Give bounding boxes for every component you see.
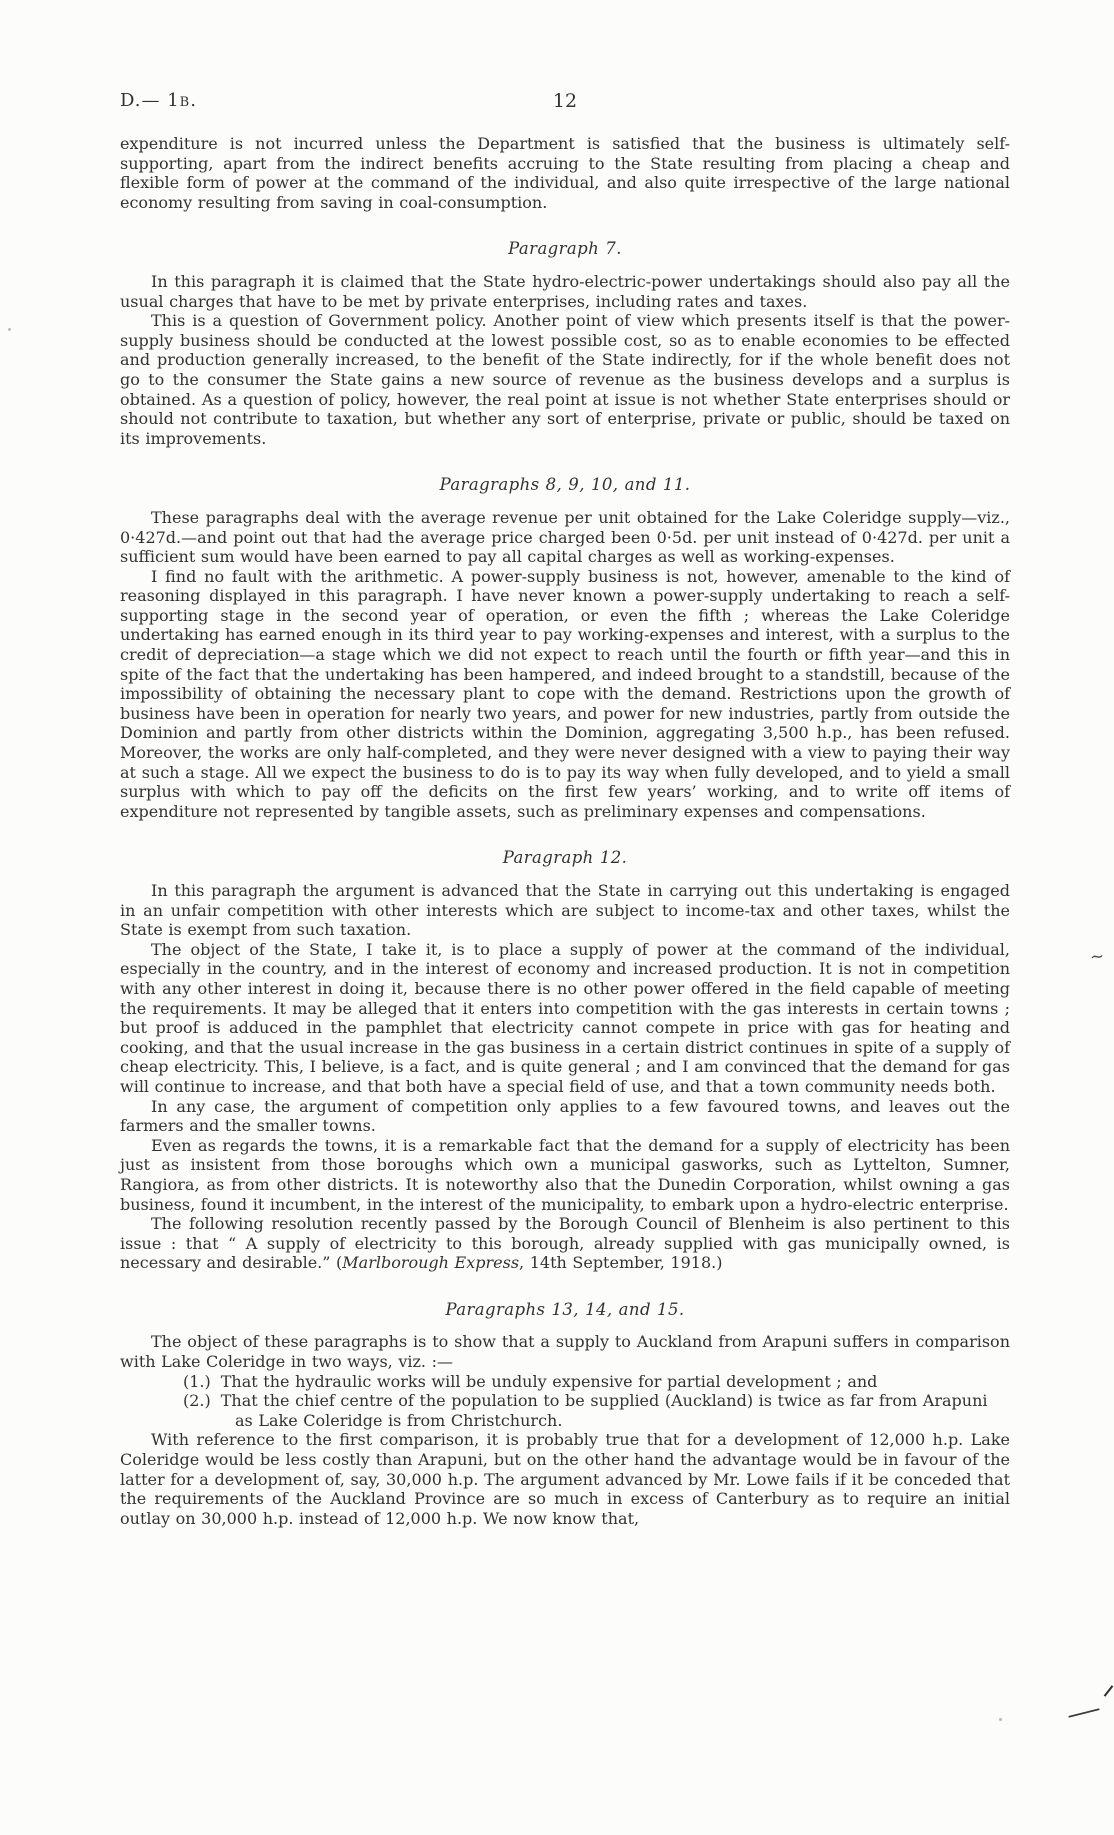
list-item-label: (2.)	[183, 1391, 221, 1410]
edge-pen-mark	[1104, 1685, 1114, 1696]
paragraph-blenheim-resolution: The following resolution recently passed…	[120, 1214, 1010, 1273]
page-header: 12 D.— 1b.	[120, 90, 1010, 116]
closing-paragraph: With reference to the first comparison, …	[120, 1430, 1010, 1528]
list-item-text: That the hydraulic works will be unduly …	[221, 1372, 878, 1391]
list-item: (2.)That the chief centre of the populat…	[120, 1391, 1010, 1430]
scanned-document-page: 12 D.— 1b. expenditure is not incurred u…	[0, 0, 1114, 1835]
paragraph: This is a question of Government policy.…	[120, 311, 1010, 448]
list-item-label: (1.)	[183, 1372, 221, 1391]
paragraph: The object of the State, I take it, is t…	[120, 940, 1010, 1097]
paragraph: I find no fault with the arithmetic. A p…	[120, 567, 1010, 822]
list-item: (1.)That the hydraulic works will be und…	[120, 1372, 1010, 1392]
paragraph: The object of these paragraphs is to sho…	[120, 1332, 1010, 1371]
page-number: 12	[120, 90, 1010, 112]
section-heading-paragraphs-8-11: Paragraphs 8, 9, 10, and 11.	[120, 475, 1010, 495]
paragraph: In this paragraph the argument is advanc…	[120, 881, 1010, 940]
page-body: expenditure is not incurred unless the D…	[120, 134, 1010, 1528]
paragraph-text: , 14th September, 1918.)	[519, 1253, 722, 1272]
scan-speck	[999, 1718, 1002, 1721]
paragraph: Even as regards the towns, it is a remar…	[120, 1136, 1010, 1214]
paragraph: In this paragraph it is claimed that the…	[120, 272, 1010, 311]
section-heading-paragraph-7: Paragraph 7.	[120, 239, 1010, 259]
pen-stroke-mark	[1068, 1708, 1100, 1718]
paragraph: In any case, the argument of competition…	[120, 1097, 1010, 1136]
publication-name: Marlborough Express	[342, 1253, 519, 1272]
doc-reference: D.— 1b.	[120, 90, 197, 111]
section-heading-paragraphs-13-15: Paragraphs 13, 14, and 15.	[120, 1300, 1010, 1320]
section-heading-paragraph-12: Paragraph 12.	[120, 848, 1010, 868]
scan-speck	[8, 328, 11, 331]
margin-pen-mark: ~	[1089, 946, 1105, 967]
intro-paragraph: expenditure is not incurred unless the D…	[120, 134, 1010, 212]
paragraph: These paragraphs deal with the average r…	[120, 508, 1010, 567]
list-item-text: That the chief centre of the population …	[221, 1391, 988, 1430]
